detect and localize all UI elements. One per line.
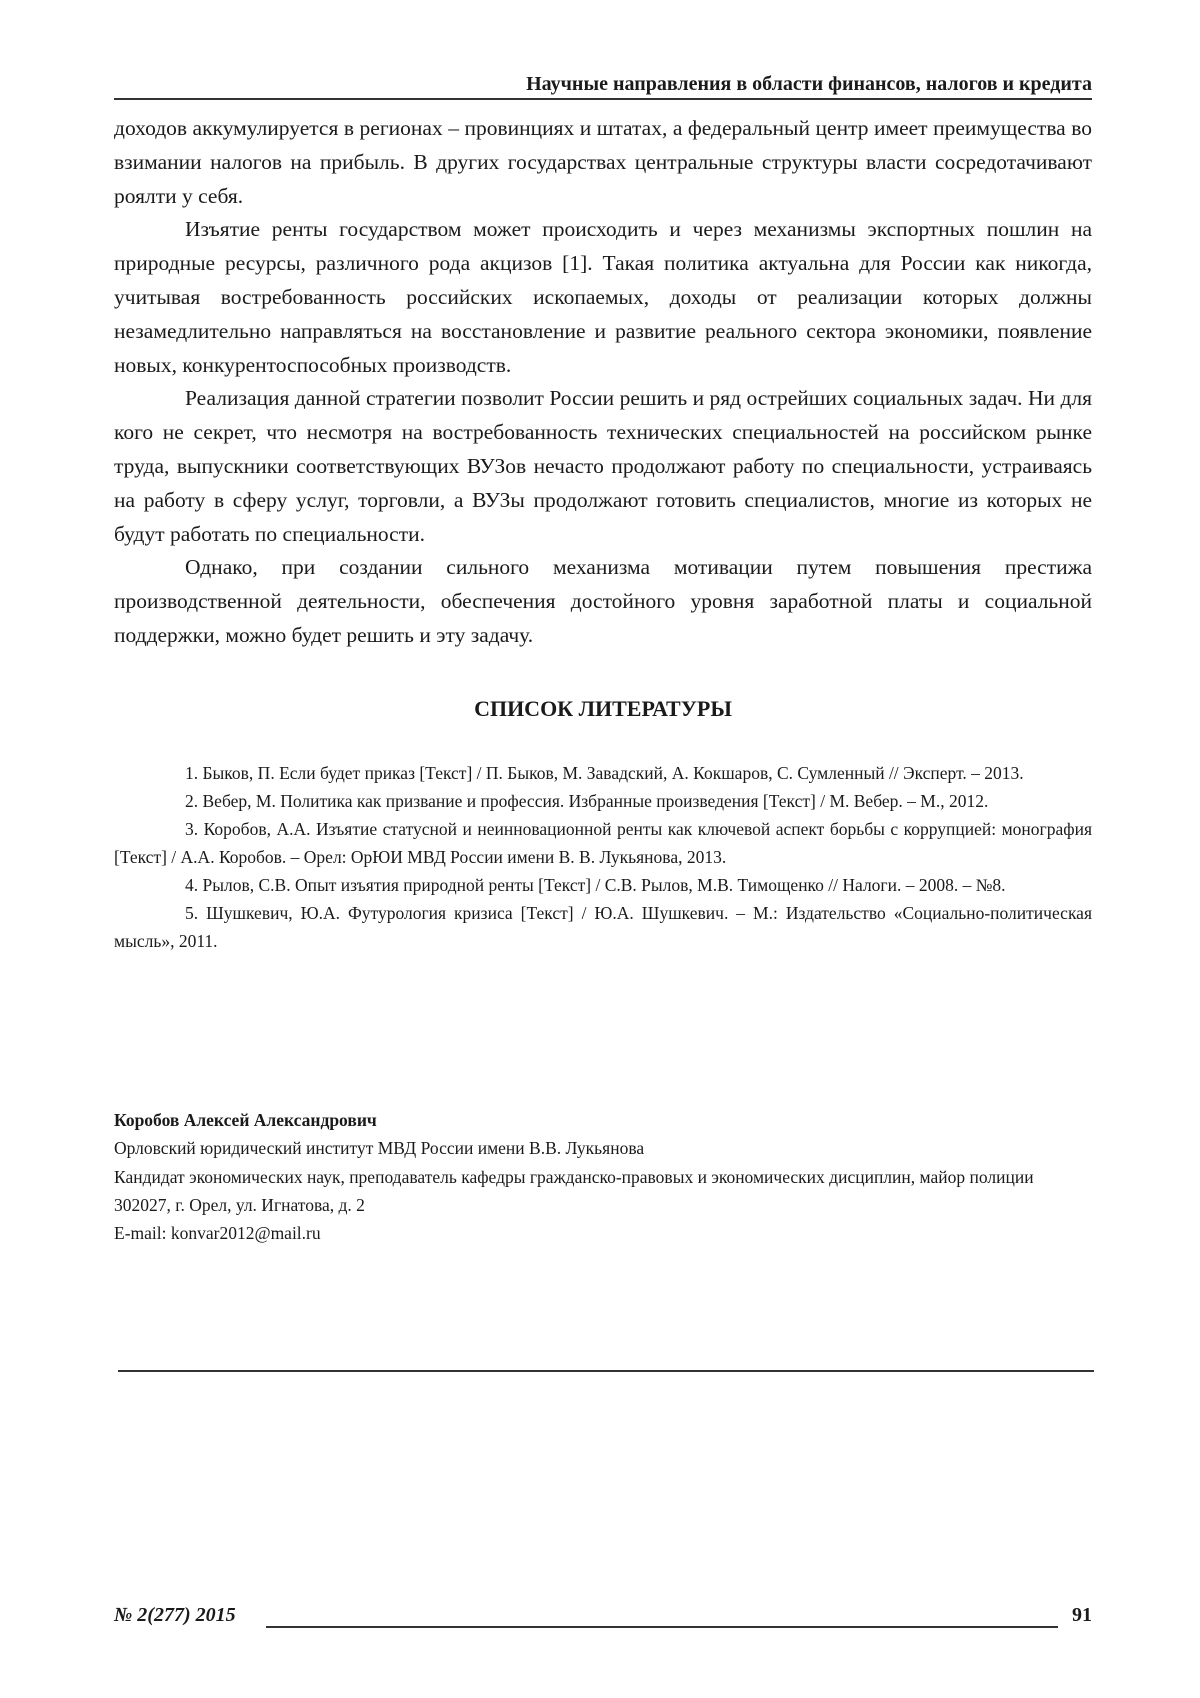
article-body: доходов аккумулируется в регионах – пров… xyxy=(114,112,1092,653)
section-end-rule xyxy=(118,1370,1094,1372)
reference-item: 3. Коробов, А.А. Изъятие статусной и неи… xyxy=(114,815,1092,871)
reference-item: 2. Вебер, М. Политика как призвание и пр… xyxy=(114,787,1092,815)
author-affiliation: Орловский юридический институт МВД Росси… xyxy=(114,1134,1092,1162)
author-info: Коробов Алексей Александрович Орловский … xyxy=(114,1106,1092,1247)
reference-item: 4. Рылов, С.В. Опыт изъятия природной ре… xyxy=(114,871,1092,899)
header-rule xyxy=(114,98,1092,100)
author-name: Коробов Алексей Александрович xyxy=(114,1106,1092,1134)
page-number: 91 xyxy=(1072,1604,1092,1627)
body-paragraph: Изъятие ренты государством может происхо… xyxy=(114,213,1092,382)
author-address: 302027, г. Орел, ул. Игнатова, д. 2 xyxy=(114,1191,1092,1219)
reference-item: 1. Быков, П. Если будет приказ [Текст] /… xyxy=(114,759,1092,787)
footer-rule xyxy=(266,1626,1058,1628)
body-paragraph: доходов аккумулируется в регионах – пров… xyxy=(114,112,1092,213)
author-position: Кандидат экономических наук, преподавате… xyxy=(114,1163,1092,1191)
running-header: Научные направления в области финансов, … xyxy=(114,72,1092,96)
references-title: СПИСОК ЛИТЕРАТУРЫ xyxy=(114,695,1092,723)
issue-number: № 2(277) 2015 xyxy=(114,1604,236,1627)
body-paragraph: Реализация данной стратегии позволит Рос… xyxy=(114,382,1092,551)
page-footer: № 2(277) 2015 91 xyxy=(114,1604,1092,1632)
reference-item: 5. Шушкевич, Ю.А. Футурология кризиса [Т… xyxy=(114,899,1092,955)
body-paragraph: Однако, при создании сильного механизма … xyxy=(114,551,1092,652)
author-email: E-mail: konvar2012@mail.ru xyxy=(114,1219,1092,1247)
references-list: 1. Быков, П. Если будет приказ [Текст] /… xyxy=(114,759,1092,955)
